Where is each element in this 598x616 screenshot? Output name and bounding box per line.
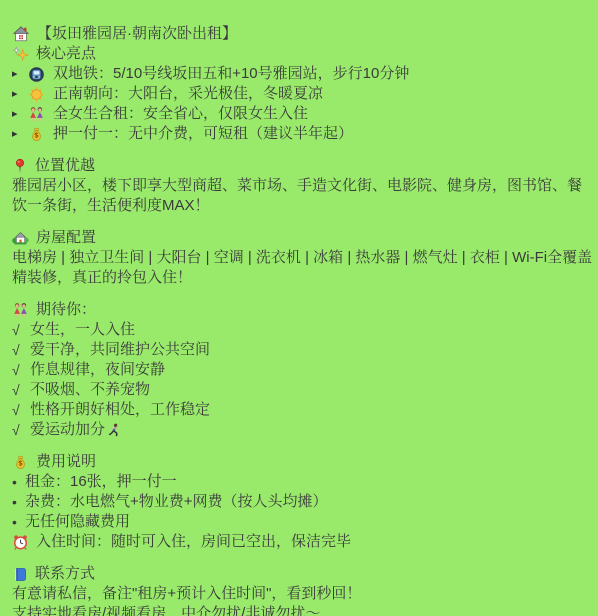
fee-text: 租金：16张，押一付一 <box>25 472 177 492</box>
bullet-triangle: ▸ <box>12 84 28 104</box>
listing-title-row: 【坂田雅园居·朝南次卧出租】 <box>12 24 586 44</box>
fees-heading-row: $ 费用说明 <box>12 452 586 472</box>
bullet-triangle: ▸ <box>12 104 28 124</box>
config-amenities: 电梯房 | 独立卫生间 | 大阳台 | 空调 | 洗衣机 | 冰箱 | 热水器 … <box>12 248 586 268</box>
metro-icon <box>28 66 45 83</box>
highlight-text-sun: 正南朝向：大阳台，采光极佳，冬暖夏凉 <box>53 84 323 104</box>
expect-item: √ 爱干净，共同维护公共空间 <box>12 340 586 360</box>
highlight-text-deposit: 押一付一：无中介费，可短租（建议半年起） <box>53 124 353 144</box>
section-contact: 联系方式 有意请私信，备注"租房+预计入住时间"，看到秒回！ 支持实地看房/视频… <box>12 564 586 616</box>
check-mark: √ <box>12 400 30 420</box>
config-heading: 房屋配置 <box>36 228 96 248</box>
highlight-item-women: ▸ 全女生合租：安全省心，仅限女生入住 <box>12 104 586 124</box>
expect-item: √ 女生，一人入住 <box>12 320 586 340</box>
contact-line1: 有意请私信，备注"租房+预计入住时间"，看到秒回！ <box>12 584 586 604</box>
two-women-icon <box>12 302 29 319</box>
highlights-heading-row: 核心亮点 <box>12 44 586 64</box>
contact-line2: 支持实地看房/视频看房，中介勿扰/非诚勿扰～ <box>12 604 586 616</box>
fee-text: 无任何隐藏费用 <box>25 512 130 532</box>
expect-item-sport: √ 爱运动加分 <box>12 420 586 440</box>
expect-text: 爱运动加分 <box>30 420 105 440</box>
location-heading: 位置优越 <box>35 156 95 176</box>
highlights-heading: 核心亮点 <box>36 44 96 64</box>
svg-text:$: $ <box>34 131 39 139</box>
svg-text:$: $ <box>18 459 23 467</box>
section-config: 房屋配置 电梯房 | 独立卫生间 | 大阳台 | 空调 | 洗衣机 | 冰箱 |… <box>12 228 586 288</box>
expect-text: 爱干净，共同维护公共空间 <box>30 340 210 360</box>
fees-heading: 费用说明 <box>36 452 96 472</box>
fee-item-no-hidden: • 无任何隐藏费用 <box>12 512 586 532</box>
config-note: 精装修，真正的拎包入住！ <box>12 268 586 288</box>
move-in-text: 入住时间：随时可入住，房间已空出，保洁完毕 <box>36 532 351 552</box>
section-expectations: 期待你： √ 女生，一人入住 √ 爱干净，共同维护公共空间 √ 作息规律，夜间安… <box>12 300 586 440</box>
expect-text: 作息规律，夜间安静 <box>30 360 165 380</box>
move-in-row: 入住时间：随时可入住，房间已空出，保洁完毕 <box>12 532 586 552</box>
bullet-triangle: ▸ <box>12 64 28 84</box>
alarm-clock-icon <box>12 534 29 551</box>
fee-text: 杂费：水电燃气+物业费+网费（按人头均摊） <box>25 492 328 512</box>
pin-icon <box>12 158 28 175</box>
listing-title: 【坂田雅园居·朝南次卧出租】 <box>37 24 237 44</box>
check-mark: √ <box>12 360 30 380</box>
expect-text: 性格开朗好相处，工作稳定 <box>30 400 210 420</box>
highlight-item-metro: ▸ 双地铁：5/10号线坂田五和+10号雅园站，步行10分钟 <box>12 64 586 84</box>
expect-text: 不吸烟、不养宠物 <box>30 380 150 400</box>
highlight-text-women: 全女生合租：安全省心，仅限女生入住 <box>53 104 308 124</box>
section-title-highlights: 【坂田雅园居·朝南次卧出租】 核心亮点 ▸ 双地铁：5/10号线坂田五和+10号… <box>12 24 586 144</box>
house-garden-icon <box>12 230 29 247</box>
bullet-dot: • <box>12 492 25 512</box>
section-fees: $ 费用说明 • 租金：16张，押一付一 • 杂费：水电燃气+物业费+网费（按人… <box>12 452 586 552</box>
location-heading-row: 位置优越 <box>12 156 586 176</box>
expect-heading-row: 期待你： <box>12 300 586 320</box>
highlight-item-deposit: ▸ $ 押一付一：无中介费，可短租（建议半年起） <box>12 124 586 144</box>
check-mark: √ <box>12 380 30 400</box>
fee-item-utilities: • 杂费：水电燃气+物业费+网费（按人头均摊） <box>12 492 586 512</box>
blue-book-icon <box>12 566 28 583</box>
house-icon <box>12 25 30 43</box>
bullet-dot: • <box>12 472 25 492</box>
money-bag-icon: $ <box>12 454 29 471</box>
contact-heading-row: 联系方式 <box>12 564 586 584</box>
expect-item: √ 性格开朗好相处，工作稳定 <box>12 400 586 420</box>
check-mark: √ <box>12 420 30 440</box>
fee-item-rent: • 租金：16张，押一付一 <box>12 472 586 492</box>
check-mark: √ <box>12 320 30 340</box>
money-bag-icon: $ <box>28 126 45 143</box>
expect-text: 女生，一人入住 <box>30 320 135 340</box>
location-body: 雅园居小区，楼下即享大型商超、菜市场、手造文化街、电影院、健身房，图书馆、餐饮一… <box>12 176 586 216</box>
section-location: 位置优越 雅园居小区，楼下即享大型商超、菜市场、手造文化街、电影院、健身房，图书… <box>12 156 586 216</box>
two-women-icon <box>28 106 45 123</box>
expect-item: √ 作息规律，夜间安静 <box>12 360 586 380</box>
bullet-dot: • <box>12 512 25 532</box>
expect-item: √ 不吸烟、不养宠物 <box>12 380 586 400</box>
bullet-triangle: ▸ <box>12 124 28 144</box>
highlight-item-sun: ▸ 正南朝向：大阳台，采光极佳，冬暖夏凉 <box>12 84 586 104</box>
runner-icon <box>107 423 122 438</box>
highlight-text-metro: 双地铁：5/10号线坂田五和+10号雅园站，步行10分钟 <box>53 64 409 84</box>
expect-heading: 期待你： <box>36 300 96 320</box>
config-heading-row: 房屋配置 <box>12 228 586 248</box>
sun-icon <box>28 86 45 103</box>
sparkles-icon <box>12 46 29 63</box>
check-mark: √ <box>12 340 30 360</box>
contact-heading: 联系方式 <box>35 564 95 584</box>
